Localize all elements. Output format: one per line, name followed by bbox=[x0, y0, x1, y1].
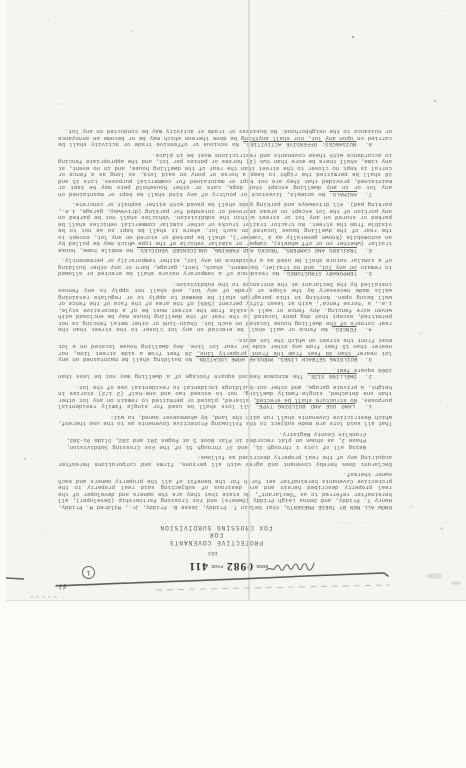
covenant-paragraph: 8. NUISANCES; OFFENSIVE ACTIVITIES. No n… bbox=[58, 128, 392, 148]
covenant-paragraph: 2. DWELLING SIZE. The minimum heated squ… bbox=[58, 367, 392, 380]
covenant-heading: NUISANCES; OFFENSIVE ACTIVITIES. bbox=[243, 142, 356, 149]
intro-paragraph: KNOW ALL MEN BY THESE PRESENTS, that Del… bbox=[58, 471, 392, 510]
small-stamp-number: 103 bbox=[208, 550, 218, 557]
covenant-number: 5. bbox=[357, 271, 372, 278]
scanned-document-view: 41. 1 BOOK 0982 PAGE 411 103 - – - + PRO… bbox=[0, 0, 466, 768]
covenant-heading: BUILDING SETBACK LINES, MODULAR HOME LOC… bbox=[196, 357, 358, 364]
covenant-paragraph: 5. TEMPORARY STRUCTURES. No residence of… bbox=[58, 257, 392, 277]
covenant-number: 4. bbox=[356, 327, 372, 334]
scanned-page: 41. 1 BOOK 0982 PAGE 411 103 - – - + PRO… bbox=[6, 0, 466, 601]
covenant-heading: LAND USE AND BUILDING TYPE. bbox=[255, 404, 355, 411]
recital-paragraph: Declarant does hereby covenant and agree… bbox=[58, 454, 392, 467]
covenant-text: No animals, livestock or poultry of any … bbox=[58, 152, 392, 198]
pencil-page-annotation: 41. bbox=[56, 582, 67, 590]
signature-handwriting-icon bbox=[264, 557, 316, 575]
covenant-list: 1. LAND USE AND BUILDING TYPE. All lots … bbox=[58, 128, 392, 410]
covenant-paragraph: 6. TRAILERS AND CAMPERS, TRUCKS AND PARK… bbox=[58, 201, 392, 253]
covenant-paragraph: 1. LAND USE AND BUILDING TYPE. All lots … bbox=[58, 384, 392, 410]
covenant-number: 2. bbox=[357, 374, 372, 381]
rotated-document: 41. 1 BOOK 0982 PAGE 411 103 - – - + PRO… bbox=[6, 0, 466, 600]
document-title: PROTECTIVE COVENANTS FOR FOX CROSSING SU… bbox=[76, 523, 356, 546]
covenant-text: No mobile home, house trailer (whether o… bbox=[58, 202, 392, 255]
document-body: KNOW ALL MEN BY THESE PRESENTS, that Del… bbox=[58, 124, 392, 510]
legal-description: Being all of Lots 1 through 31, and 37 t… bbox=[66, 431, 366, 451]
covenant-number: 8. bbox=[356, 142, 372, 149]
subject-clause: That all said lots are made subject to t… bbox=[58, 414, 392, 427]
covenant-heading: TEMPORARY STRUCTURES. bbox=[283, 271, 357, 278]
covenant-paragraph: 7. ANIMALS. No animals, livestock or pou… bbox=[58, 152, 392, 198]
page-number: 411 bbox=[188, 560, 208, 572]
circled-number-annotation: 1 bbox=[82, 566, 95, 579]
book-label: BOOK bbox=[256, 564, 268, 569]
covenant-number: 1. bbox=[355, 404, 372, 411]
covenant-paragraph: 4. FENCES. No fence or wall shall be ere… bbox=[58, 281, 392, 333]
recording-stamp: BOOK 0982 PAGE 411 bbox=[188, 560, 268, 572]
page-label: PAGE bbox=[211, 564, 223, 569]
fold-crease-line bbox=[248, 0, 250, 600]
pencil-plus-mark: + bbox=[439, 523, 444, 532]
covenant-heading: TRAILERS AND CAMPERS, TRUCKS AND PARKING… bbox=[137, 247, 357, 254]
title-line-1: PROTECTIVE COVENANTS bbox=[76, 538, 356, 546]
title-line-3: FOX CROSSING SUBDIVISION bbox=[76, 523, 356, 531]
covenant-heading: FENCES. bbox=[332, 327, 356, 334]
covenant-number: 6. bbox=[357, 247, 372, 254]
document-head: 41. 1 BOOK 0982 PAGE 411 103 - – - + PRO… bbox=[6, 512, 466, 600]
covenant-heading: DWELLING SIZE. bbox=[307, 374, 356, 381]
covenant-number: 7. bbox=[357, 191, 372, 198]
title-line-2: FOR bbox=[76, 531, 356, 539]
covenant-number: 3. bbox=[357, 357, 372, 364]
covenant-text: No fence or wall shall be erected on any… bbox=[58, 281, 392, 334]
covenant-heading: ANIMALS. bbox=[329, 191, 357, 198]
covenant-paragraph: 3. BUILDING SETBACK LINES, MODULAR HOME … bbox=[58, 337, 392, 363]
